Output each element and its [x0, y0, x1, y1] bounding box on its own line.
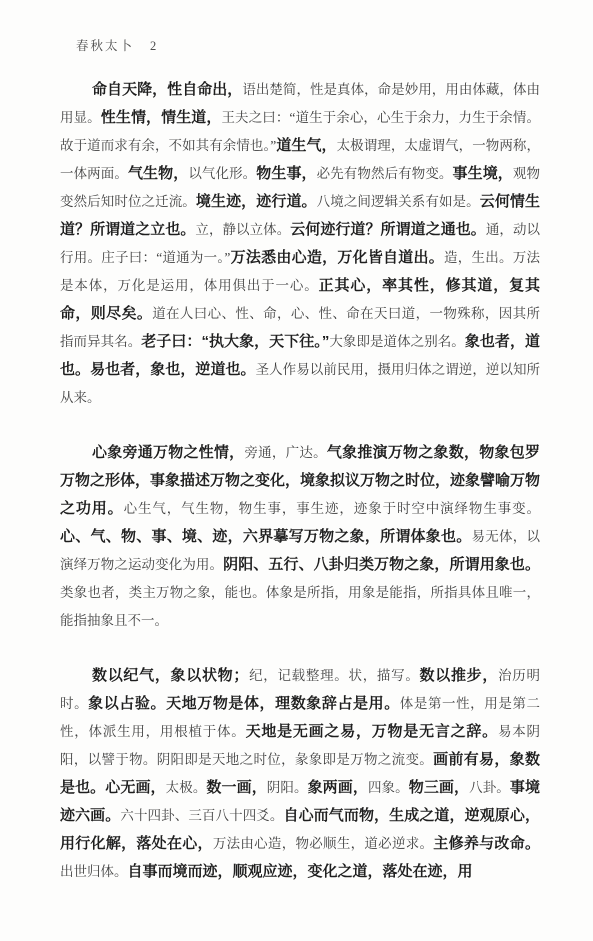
paragraph: 数以纪气，象以状物；纪，记载整理。状，描写。数以推步，治历明时。象以占验。天地万… [60, 662, 540, 886]
commentary-text-segment: 万法由心造，物必顺生，道必逆求。 [213, 836, 433, 851]
main-text-segment: 阴阳、五行、八卦归类万物之象，所谓用象也。 [223, 556, 540, 573]
book-title: 春秋太卜 [76, 39, 134, 53]
main-text-segment: 自事而境而迹，顺观应迹，变化之道，落处在迹，用 [128, 863, 473, 880]
document-body: 命自天降，性自命出，语出楚简，性是真体，命是妙用，用由体藏，体由用显。性生情，情… [60, 76, 540, 886]
main-text-segment: 境生迹，迹行道。 [196, 193, 317, 210]
paragraph: 心象旁通万物之性情，旁通，广达。气象推演万物之象数，物象包罗万物之形体，事象描述… [60, 439, 540, 635]
commentary-text-segment: 八境之间逻辑关系有如是。 [317, 194, 480, 209]
page-number: 2 [150, 39, 156, 53]
commentary-text-segment: 出世归体。 [60, 864, 128, 879]
commentary-text-segment: 太极。 [166, 780, 207, 795]
commentary-text-segment: 类象也者，类主万物之象，能也。体象是所指，用象是能指，所指具体且唯一，能指抽象且… [60, 585, 540, 628]
main-text-segment: 象两画， [308, 779, 368, 796]
document-page: 春秋太卜2 命自天降，性自命出，语出楚简，性是真体，命是妙用，用由体藏，体由用显… [0, 0, 593, 941]
main-text-segment: 心、气、物、事、境、迹，六界摹写万物之象，所谓体象也。 [60, 528, 472, 545]
main-text-segment: 命自天降，性自命出， [92, 81, 242, 98]
main-text-segment: 数以纪气，象以状物； [92, 667, 248, 684]
main-text-segment: 事生境， [453, 165, 513, 182]
main-text-segment: 云何迹行道？所谓道之通也。 [290, 221, 486, 238]
main-text-segment: 道生气， [276, 137, 336, 154]
commentary-text-segment: 以气化形。 [188, 166, 256, 181]
main-text-segment: 心象旁通万物之性情， [92, 444, 244, 461]
commentary-text-segment: 阴阳。 [267, 780, 308, 795]
commentary-text-segment: 四象。 [368, 780, 409, 795]
main-text-segment: 象以占验。天地万物是体，理数象辞占是用。 [88, 695, 400, 712]
main-text-segment: 天地是无画之易，万物是无言之辞。 [246, 723, 498, 740]
commentary-text-segment: 旁通，广达。 [244, 445, 326, 460]
main-text-segment: 气生物， [128, 165, 188, 182]
commentary-text-segment: 大象即是道体之别名。 [329, 334, 464, 349]
main-text-segment: 主修养与改命。 [433, 835, 540, 852]
commentary-text-segment: 心生气，气生物，物生事，事生迹，迹象于时空中演绎物生事变。 [124, 501, 540, 516]
commentary-text-segment: 八卦。 [469, 780, 510, 795]
commentary-text-segment: 必先有物然后有物变。 [317, 166, 453, 181]
commentary-text-segment: 纪，记载整理。状，描写。 [248, 668, 419, 683]
paragraph: 命自天降，性自命出，语出楚简，性是真体，命是妙用，用由体藏，体由用显。性生情，情… [60, 76, 540, 412]
main-text-segment: 数以推步， [420, 667, 499, 684]
commentary-text-segment: 六十四卦、三百八十四爻。 [120, 808, 283, 823]
main-text-segment: 性生情，情生道， [101, 109, 222, 126]
commentary-text-segment: 立，静以立体。 [195, 222, 290, 237]
main-text-segment: 万法悉由心造，万化皆自道出。 [230, 249, 444, 266]
main-text-segment: 物生事， [256, 165, 316, 182]
main-text-segment: 老子曰：“执大象，天下往。” [141, 333, 329, 350]
main-text-segment: 数一画， [206, 779, 266, 796]
main-text-segment: 物三画， [409, 779, 469, 796]
running-header: 春秋太卜2 [76, 36, 156, 54]
